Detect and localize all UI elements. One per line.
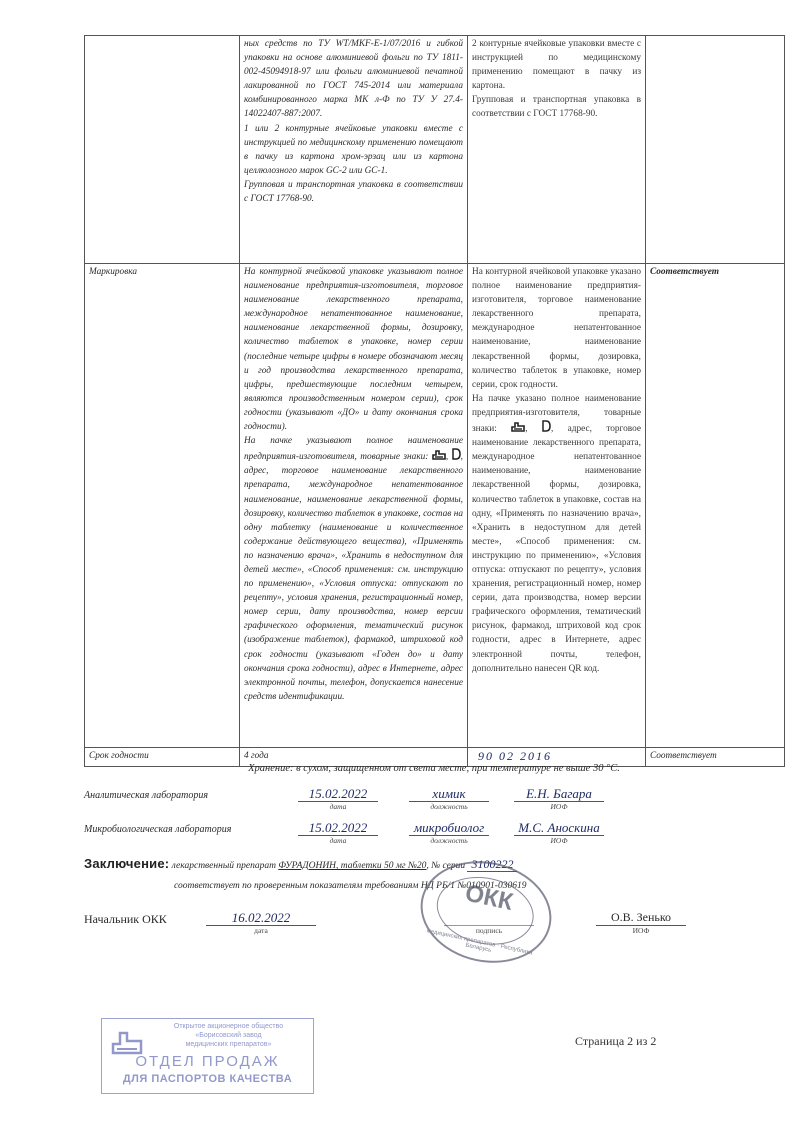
result-paragraph: 2 контурные ячейковые упаковки вместе с … xyxy=(472,37,641,93)
result-paragraph: На пачке указано полное наименование пре… xyxy=(472,392,641,676)
date-value: 15.02.2022 xyxy=(298,820,378,836)
result-paragraph: Групповая и транспортная упаковка в соот… xyxy=(472,93,641,121)
chief-date-value: 16.02.2022 xyxy=(206,910,316,926)
position-field: химик должность xyxy=(409,786,489,811)
factory-logo-icon xyxy=(432,449,446,461)
sales-department-stamp: Открытое акционерное общество «Борисовск… xyxy=(101,1018,314,1094)
date-label: дата xyxy=(298,836,378,845)
characteristic-cell xyxy=(85,36,240,264)
handwritten-date: 90 02 2016 xyxy=(472,749,552,763)
date-value: 15.02.2022 xyxy=(298,786,378,802)
date-label: дата xyxy=(298,802,378,811)
conclusion-cell xyxy=(646,36,785,264)
requirement-text: , адрес, торговое наименование лекарстве… xyxy=(244,452,463,702)
conclusion-cell: Соответствует xyxy=(646,264,785,748)
conclusion-block: Заключение: лекарственный препарат ФУРАД… xyxy=(84,856,744,872)
lab-name: Аналитическая лаборатория xyxy=(84,790,208,801)
position-label: должность xyxy=(409,802,489,811)
requirement-paragraph: На пачке указывают полное наименование п… xyxy=(244,434,463,704)
table-row: ных средств по ТУ WT/MKF-E-1/07/2016 и г… xyxy=(85,36,785,264)
result-paragraph: На контурной ячейковой упаковке указано … xyxy=(472,265,641,392)
fio-field: М.С. Аноскина ИОФ xyxy=(514,820,604,845)
requirement-paragraph: На контурной ячейковой упаковке указываю… xyxy=(244,265,463,434)
chief-date-field: 16.02.2022 дата xyxy=(206,910,316,935)
conclusion-text: лекарственный препарат xyxy=(172,861,276,871)
stamp-title: ОТДЕЛ ПРОДАЖ xyxy=(102,1053,313,1070)
storage-note: Хранение: в сухом, защищенном от света м… xyxy=(84,763,784,774)
requirement-paragraph: Групповая и транспортная упаковка в соот… xyxy=(244,178,463,206)
fio-value: М.С. Аноскина xyxy=(514,820,604,836)
page-number: Страница 2 из 2 xyxy=(575,1034,656,1049)
fio-field: Е.Н. Багара ИОФ xyxy=(514,786,604,811)
d-letter-logo-icon xyxy=(452,448,461,461)
drug-name: ФУРАДОНИН, таблетки 50 мг №20 xyxy=(278,861,426,871)
requirement-cell: ных средств по ТУ WT/MKF-E-1/07/2016 и г… xyxy=(240,36,468,264)
lab-signature-row: Микробиологическая лаборатория 15.02.202… xyxy=(84,820,744,852)
chief-name: О.В. Зенько xyxy=(596,910,686,926)
lab-name: Микробиологическая лаборатория xyxy=(84,824,231,835)
chief-name-label: ИОФ xyxy=(596,926,686,935)
specification-table: ных средств по ТУ WT/MKF-E-1/07/2016 и г… xyxy=(84,35,785,767)
position-value: микробиолог xyxy=(409,820,489,836)
position-field: микробиолог должность xyxy=(409,820,489,845)
fio-value: Е.Н. Багара xyxy=(514,786,604,802)
chief-name-field: О.В. Зенько ИОФ xyxy=(596,910,686,935)
requirement-text: На пачке указывают полное наименование п… xyxy=(244,436,463,462)
stamp-line: Открытое акционерное общество xyxy=(146,1023,311,1030)
date-field: 15.02.2022 дата xyxy=(298,820,378,845)
characteristic-cell: Маркировка xyxy=(85,264,240,748)
chief-label: Начальник ОКК xyxy=(84,912,167,927)
requirement-paragraph: 1 или 2 контурные ячейковые упаковки вме… xyxy=(244,122,463,178)
fio-label: ИОФ xyxy=(514,802,604,811)
result-text: , адрес, торговое наименование лекарстве… xyxy=(472,424,641,674)
d-letter-logo-icon xyxy=(542,420,551,433)
stamp-line: «Борисовский завод xyxy=(146,1032,311,1039)
fio-label: ИОФ xyxy=(514,836,604,845)
result-cell: 2 контурные ячейковые упаковки вместе с … xyxy=(468,36,646,264)
lab-signature-row: Аналитическая лаборатория 15.02.2022 дат… xyxy=(84,786,744,818)
requirement-paragraph: ных средств по ТУ WT/MKF-E-1/07/2016 и г… xyxy=(244,37,463,122)
stamp-line: медицинских препаратов» xyxy=(146,1041,311,1048)
position-value: химик xyxy=(409,786,489,802)
table-row: Маркировка На контурной ячейковой упаков… xyxy=(85,264,785,748)
document-page: ных средств по ТУ WT/MKF-E-1/07/2016 и г… xyxy=(0,0,794,1122)
position-label: должность xyxy=(409,836,489,845)
factory-logo-icon xyxy=(511,421,525,433)
requirement-cell: На контурной ячейковой упаковке указываю… xyxy=(240,264,468,748)
conclusion-title: Заключение: xyxy=(84,856,169,871)
stamp-subtitle: ДЛЯ ПАСПОРТОВ КАЧЕСТВА xyxy=(102,1073,313,1085)
date-field: 15.02.2022 дата xyxy=(298,786,378,811)
result-cell: На контурной ячейковой упаковке указано … xyxy=(468,264,646,748)
chief-date-label: дата xyxy=(206,926,316,935)
